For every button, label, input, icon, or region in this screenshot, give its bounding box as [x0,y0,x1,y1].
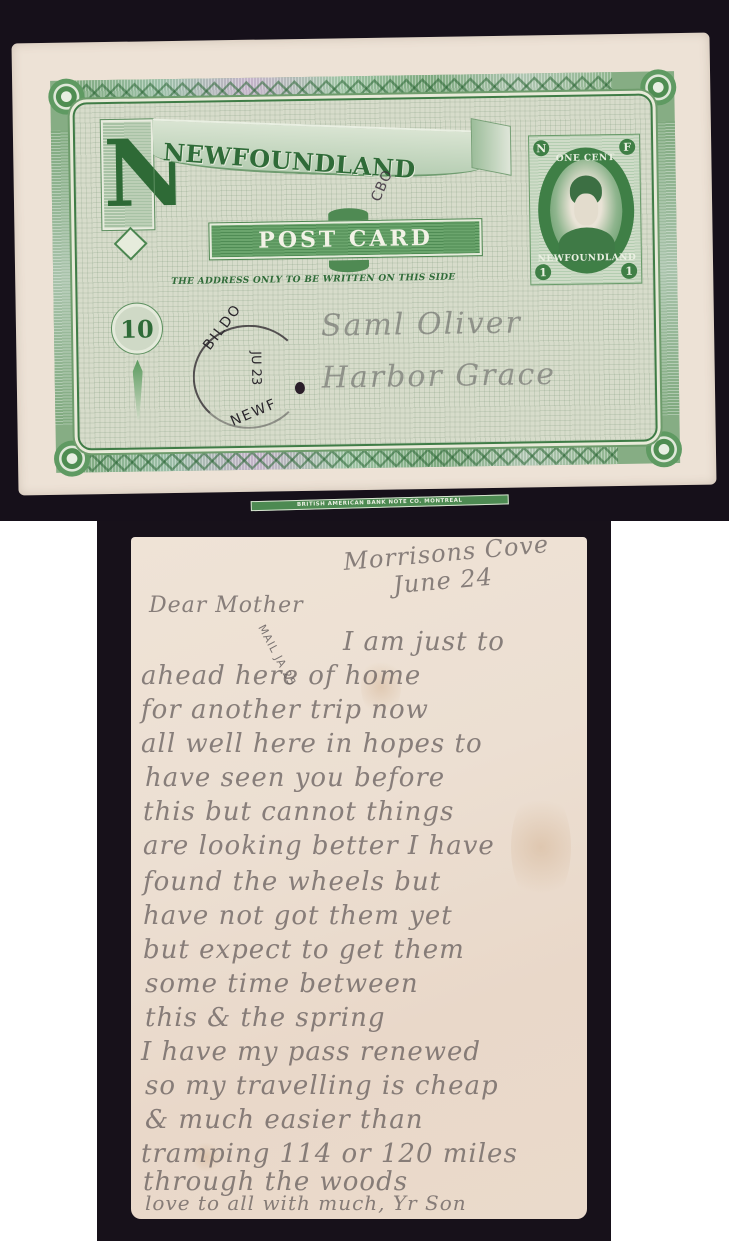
letter-line: & much easier than [145,1105,423,1135]
post-card-label: POST CARD [258,225,433,254]
postcard-back-photo: MAIL JA 25 Morrisons Cove June 24 Dear M… [97,521,611,1241]
letter-line: have seen you before [145,763,445,793]
letter-line: for another trip now [141,695,429,725]
stamp-indicium: ONE CENT NEWFOUNDLAND N F 1 1 [528,134,642,286]
letter-line: all well here in hopes to [141,729,483,759]
letter-line: so my travelling is cheap [145,1071,499,1101]
letter-salutation: Dear Mother [149,593,304,618]
postcard-front-photo: N NEWFOUNDLAND POST CARD THE ADDRESS ONL… [0,0,729,521]
stamp-corner-numeral: 1 [535,264,551,280]
banner-tail [471,118,512,176]
letter-line: this but cannot things [143,797,454,827]
post-card-label-box: POST CARD [209,219,482,259]
letter-line: this & the spring [145,1003,386,1033]
postcard-back: MAIL JA 25 Morrisons Cove June 24 Dear M… [131,537,587,1219]
letter-line: ahead here of home [141,661,421,691]
letter-closing: love to all with much, Yr Son [145,1191,467,1215]
stamp-corner-numeral: 1 [621,263,637,279]
letter-line: some time between [145,969,419,999]
printer-imprint: BRITISH AMERICAN BANK NOTE CO. MONTREAL [251,494,509,511]
ornament-icon [328,208,368,221]
letter-line: I am just to [343,627,505,657]
frame-border-right [653,121,680,415]
address-town: Harbor Grace [322,357,557,396]
letter-line: tramping 114 or 120 miles [141,1139,518,1169]
letter-line: but expect to get them [143,935,465,965]
letter-line: found the wheels but [143,867,441,897]
ink-blot [295,382,305,394]
letter-line: are looking better I have [143,831,495,861]
letter-line: have not got them yet [143,901,453,931]
postcard-front: N NEWFOUNDLAND POST CARD THE ADDRESS ONL… [11,33,716,496]
monogram-n: N [101,119,155,230]
letter-line: I have my pass renewed [141,1037,481,1067]
address-name: Saml Oliver [321,306,522,344]
portrait-face [574,193,598,225]
paper-stain [511,787,571,907]
postmark-date: JU 23 [248,351,264,385]
